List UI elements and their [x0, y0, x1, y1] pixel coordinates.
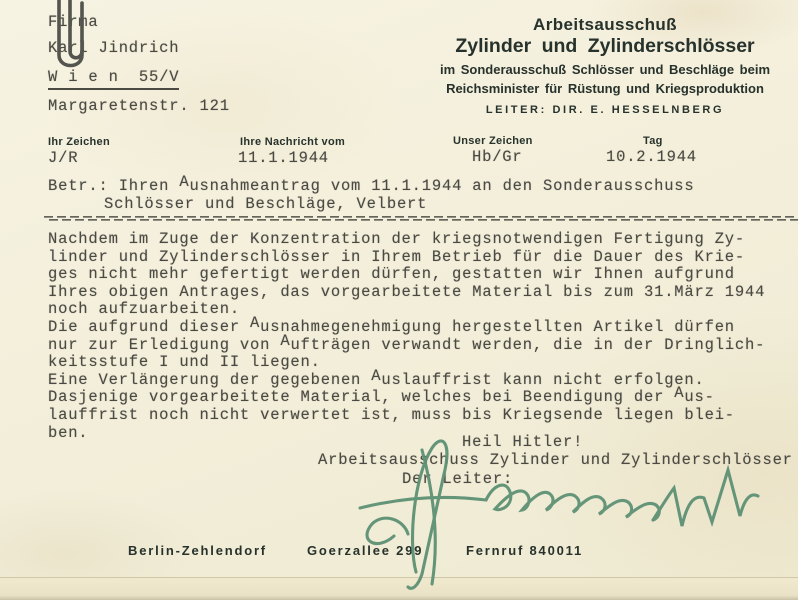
paperclip-icon — [49, 0, 95, 83]
ref-value-unser-zeichen: Hb/Gr — [472, 149, 523, 167]
hesselnberg-signature — [338, 424, 778, 596]
ref-label-nachricht-vom: Ihre Nachricht vom — [240, 136, 345, 148]
subject-line-1: Betr.: Ihren Ausnahmeantrag vom 11.1.194… — [48, 178, 695, 196]
ref-value-tag: 10.2.1944 — [606, 149, 697, 167]
body-line: Dasjenige vorgearbeitete Material, welch… — [48, 389, 715, 407]
body-line: Eine Verlängerung der gegebenen Auslauff… — [48, 372, 705, 390]
recipient-street: Margaretenstr. 121 — [48, 98, 230, 116]
letterhead-title-1: Arbeitsausschuß — [430, 16, 780, 34]
ref-label-tag: Tag — [643, 135, 663, 147]
letterhead: Arbeitsausschuß Zylinder und Zylindersch… — [430, 16, 780, 117]
body-line: Die aufgrund dieser Ausnahmegenehmigung … — [48, 319, 735, 337]
body-line: Nachdem im Zuge der Konzentration der kr… — [48, 231, 745, 249]
subject-divider — [44, 216, 798, 221]
letterhead-subtitle-2: Reichsminister für Rüstung und Kriegspro… — [430, 82, 780, 96]
letterhead-subtitle-1: im Sonderausschuß Schlösser und Beschläg… — [430, 63, 780, 77]
body-line: lauffrist noch nicht verwertet ist, muss… — [48, 407, 735, 425]
body-line: Ihres obigen Antrages, das vorgearbeitet… — [48, 284, 765, 302]
body-line: keitsstufe I und II liegen. — [48, 354, 321, 372]
body-line: nur zur Erledigung von Aufträgen verwand… — [48, 337, 765, 355]
ref-value-ihr-zeichen: J/R — [48, 150, 78, 168]
footer-place: Berlin-Zehlendorf — [128, 543, 267, 558]
body-line: noch aufzuarbeiten. — [48, 301, 240, 319]
letterhead-title-2: Zylinder und Zylinderschlösser — [430, 36, 780, 57]
body-line: ges nicht mehr gefertigt werden dürfen, … — [48, 266, 735, 284]
letterhead-leader: LEITER: DIR. E. HESSELNBERG — [430, 105, 780, 117]
subject-line-2: Schlösser und Beschläge, Velbert — [104, 196, 427, 214]
ref-label-ihr-zeichen: Ihr Zeichen — [48, 136, 110, 148]
body-line: linder und Zylinderschlösser in Ihrem Be… — [48, 249, 745, 267]
ref-value-nachricht-vom: 11.1.1944 — [238, 150, 329, 168]
body-line: ben. — [48, 425, 88, 443]
ref-label-unser-zeichen: Unser Zeichen — [453, 135, 533, 147]
scanned-letter: Firma Karl Jindrich W i e n 55/V Margare… — [0, 0, 798, 600]
